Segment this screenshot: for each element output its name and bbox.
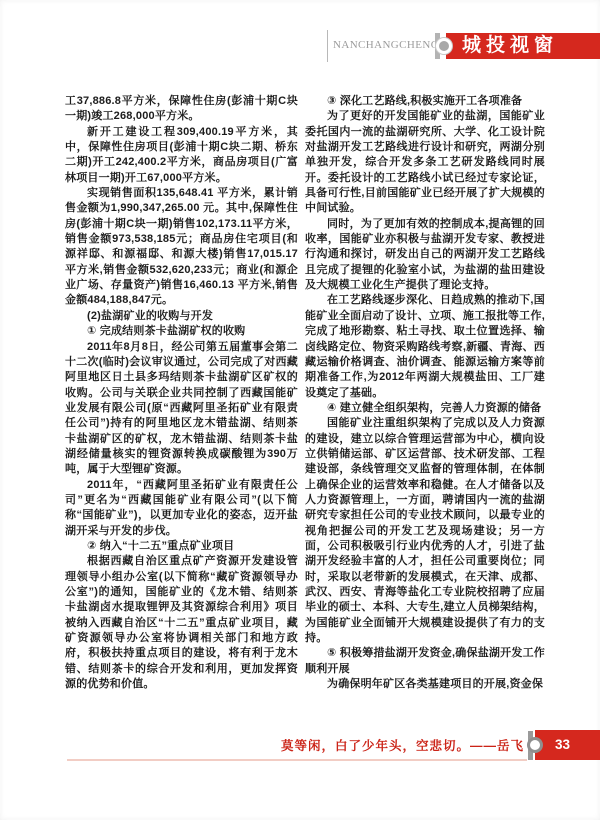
- footer-quote: 莫等闲，白了少年头，空悲切。——岳飞: [281, 736, 524, 754]
- header-divider-line: [327, 30, 328, 62]
- page-number-dot-icon: [527, 737, 543, 753]
- article-paragraph: 为了更好的开发国能矿业的盐湖，国能矿业委托国内一流的盐湖研究所、大学、化工设计院…: [305, 109, 545, 216]
- article-paragraph: 工37,886.8平方米，保障性住房(彭浦十期C块一期)竣工268,000平方米…: [65, 94, 298, 125]
- article-column-left: 工37,886.8平方米，保障性住房(彭浦十期C块一期)竣工268,000平方米…: [65, 94, 298, 692]
- article-paragraph: 同时，为了更加有效的控制成本,提高锂的回收率，国能矿业亦积极与盐湖开发专家、教授…: [305, 217, 545, 294]
- page-header: NANCHANGCHENGTOU 城投视窗: [0, 30, 600, 62]
- footer-rule: [67, 759, 527, 761]
- article-paragraph: 实现销售面积135,648.41 平方米，累计销售金额为1,990,347,26…: [65, 186, 298, 309]
- article-paragraph: 在工艺路线逐步深化、日趋成熟的推动下,国能矿业全面启动了设计、立项、施工报批等工…: [305, 293, 545, 400]
- article-paragraph: 新开工建设工程309,400.19平方米，其中，保障性住房项目(彭浦十期C块二期…: [65, 125, 298, 186]
- article-paragraph: 2011年8月8日，经公司第五届董事会第二十二次(临时)会议审议通过，公司完成了…: [65, 340, 298, 478]
- article-subheading: ⑤ 积极筹措盐湖开发资金,确保盐湖开发工作顺利开展: [305, 646, 545, 677]
- section-banner: 城投视窗: [446, 33, 600, 59]
- article-subheading: ① 完成结则茶卡盐湖矿权的收购: [65, 324, 298, 339]
- article-subheading: ② 纳入“十二五”重点矿业项目: [65, 539, 298, 554]
- article-paragraph: 2011年，“西藏阿里圣拓矿业有限责任公司”更名为“西藏国能矿业有限公司”(以下…: [65, 478, 298, 539]
- section-title: 城投视窗: [446, 33, 600, 59]
- article-paragraph: 根据西藏自治区重点矿产资源开发建设管理领导小组办公室(以下简称“藏矿资源领导办公…: [65, 554, 298, 692]
- article-subheading: ③ 深化工艺路线,积极实施开工各项准备: [305, 94, 545, 109]
- article-paragraph: 国能矿业注重组织架构了完成以及人力资源的建设，建立以综合管理运营部为中心，横向设…: [305, 416, 545, 646]
- page-number: 33: [535, 730, 600, 760]
- magazine-page: NANCHANGCHENGTOU 城投视窗 工37,886.8平方米，保障性住房…: [0, 0, 600, 820]
- article-column-right: ③ 深化工艺路线,积极实施开工各项准备为了更好的开发国能矿业的盐湖，国能矿业委托…: [305, 94, 545, 692]
- article-subheading: ④ 建立健全组织架构，完善人力资源的储备: [305, 401, 545, 416]
- banner-dot-icon: [436, 38, 452, 54]
- page-number-box: 33: [535, 730, 600, 760]
- article-subheading: (2)盐湖矿业的收购与开发: [65, 309, 298, 324]
- article-paragraph: 为确保明年矿区各类基建项目的开展,资金保: [305, 677, 545, 692]
